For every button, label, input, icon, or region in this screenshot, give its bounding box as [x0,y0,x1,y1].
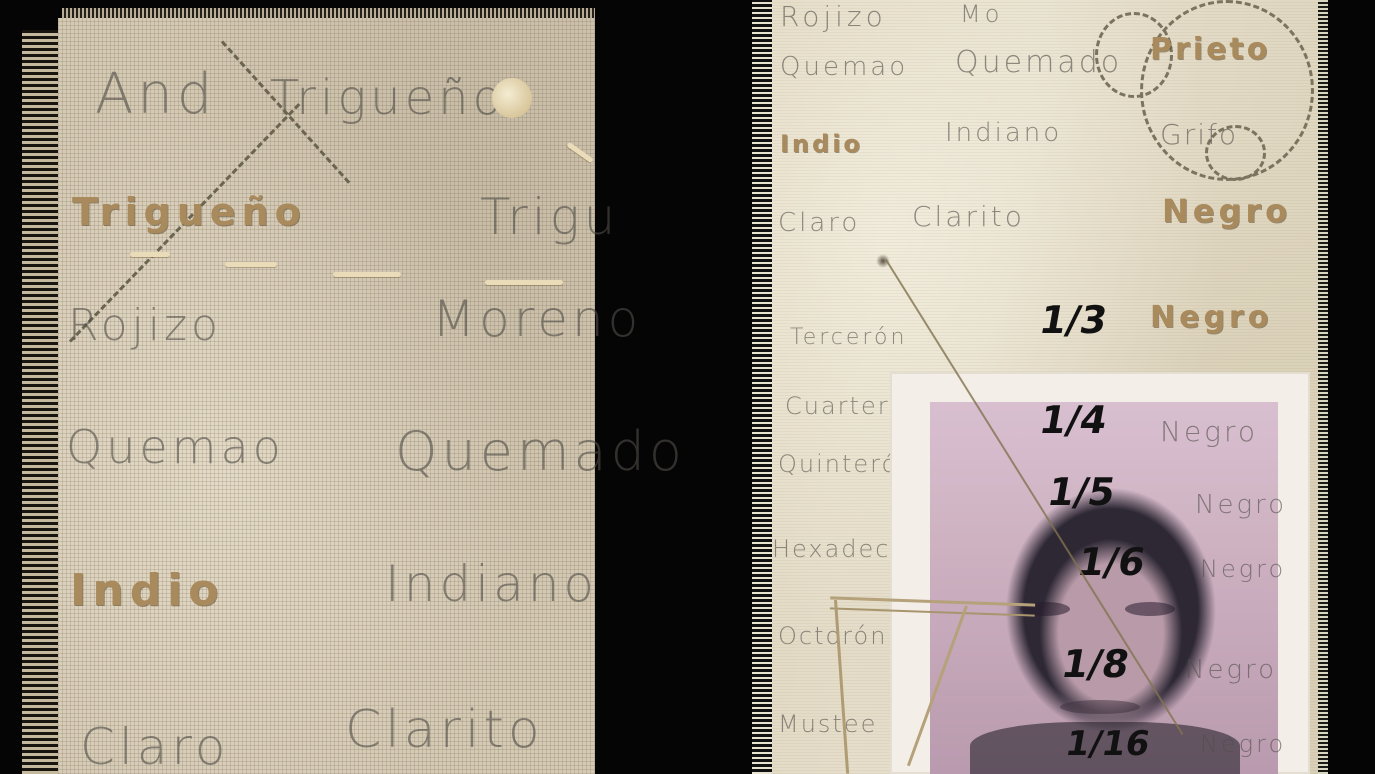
pencil-word: Clarito [345,700,544,760]
embroidered-word: Negro [1162,192,1291,230]
pencil-word: Negro [1195,490,1287,520]
pencil-word: Negro [1160,415,1258,448]
embroidered-word: Trigueño [72,190,307,234]
pencil-word: And [95,62,216,127]
cream-stitch [130,252,170,257]
eye-shadow [1125,602,1175,616]
pencil-word: Quemao [66,420,285,474]
cream-stitch [333,272,401,277]
pencil-word: Trigueño [270,70,506,126]
pencil-word: Mustee [778,710,877,738]
pencil-word: Quemado [395,420,686,483]
pencil-word: Moreno [432,290,642,348]
fraction-label: 1/4 [1036,398,1111,442]
pencil-word: Quemao [780,52,908,82]
pencil-word: Tercerón [790,325,907,350]
right-panel-left-fringe [752,0,774,774]
fraction-label: 1/8 [1058,642,1133,686]
left-textile-panel [58,18,595,774]
pencil-word: Grifo [1160,118,1238,151]
left-panel-side-fringe [22,30,60,774]
pencil-word: Quemado [955,45,1122,80]
right-panel-right-fringe [1318,0,1328,774]
pencil-word: Mo [960,0,1003,28]
pencil-word: Negro [1200,730,1286,758]
cream-stitch [225,262,277,267]
pencil-word: Clarito [912,200,1025,233]
pencil-word: Rojizo [780,0,887,33]
pencil-word: Negro [1185,655,1277,685]
embroidered-word: Indio [70,565,225,616]
pencil-word: Claro [778,208,860,238]
fraction-label: 1/16 [1062,724,1152,764]
fraction-label: 1/5 [1044,470,1119,514]
yarn-knot [492,78,532,118]
pencil-word: Rojizo [68,300,222,351]
mouth-shadow [1060,700,1140,714]
pencil-word: Indiano [385,555,598,613]
embroidered-word: Negro [1150,300,1272,335]
pencil-word: Trigu [480,188,619,246]
cream-stitch [485,280,563,285]
pencil-word: Claro [80,718,230,774]
pencil-word: Negro [1200,555,1286,583]
portrait-photo [930,402,1278,774]
embroidered-word: Indio [780,130,863,158]
embroidered-word: Prieto [1150,32,1270,67]
fraction-label: 1/3 [1036,298,1111,342]
pencil-word: Indiano [945,118,1062,148]
pencil-word: Octorón [778,622,887,650]
